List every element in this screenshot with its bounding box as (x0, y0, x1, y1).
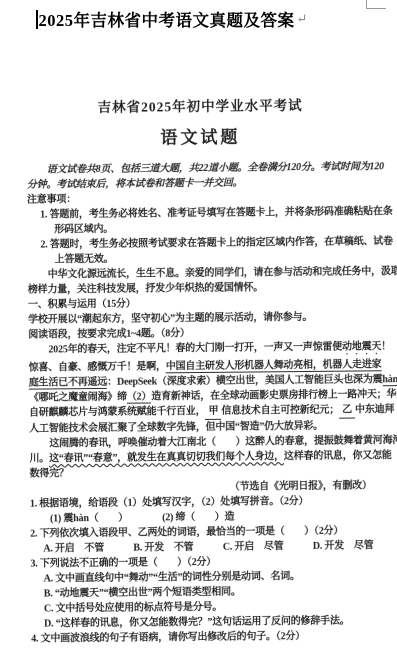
document-page[interactable]: 2025年吉林省中考语文真题及答案 ↵ 吉林省2025年初中学业水平考试 语文试… (0, 0, 397, 650)
scanned-exam-image[interactable]: 吉林省2025年初中学业水平考试 语文试题 语文试卷共8页、包括三道大题，共22… (26, 93, 379, 646)
passage-text: 川。 (29, 453, 49, 464)
passage-text: 自研麒麟芯片与鸿蒙系统赋能千行百业， (29, 406, 206, 419)
passage-text: 中东迪拜 (355, 404, 394, 415)
passage-text: 这样春的讯息，你又怎能 (284, 450, 392, 462)
passage-underlined-text: 庭生活已不再遥远 (29, 377, 108, 390)
passage-emphasized-text: 动地震天！ (342, 341, 391, 352)
paragraph-mark-icon: ↵ (297, 11, 308, 27)
passage-text: ：DeepSeek（深度求索）横空出世，美国人工智能巨头也深为震 (107, 374, 382, 388)
document-title-row[interactable]: 2025年吉林省中考语文真题及答案 ↵ (36, 7, 308, 31)
passage-text: 信息技术自主可控新纪元； (221, 405, 339, 417)
exam-heading: 吉林省2025年初中学业水平考试 (26, 93, 374, 116)
passage-blank-yi: 乙 (339, 403, 355, 419)
text-cursor-caret (36, 10, 38, 29)
question-4: 4. 文中画波浪线的句子有语病，请你写出修改后的句子。（2分） (31, 628, 379, 646)
text-boundary-corner-mark (366, 0, 386, 9)
exam-subject-title: 语文试题 (26, 121, 374, 149)
passage-blank-pinyin: hàn（1） (382, 374, 397, 386)
passage-text: 2025年的春天，注定不平凡！春的大门刚一打开，一声又一声惊雷便 (48, 342, 342, 356)
passage-line: 自研麒麟芯片与鸿蒙系统赋能千行百业，甲信息技术自主可控新纪元；乙中东迪拜 (29, 402, 377, 421)
passage-text: 《哪吒之魔童闹海》缔 (29, 392, 127, 404)
passage-text: 惊喜、自豪、感慨万千！是啊， (29, 361, 166, 373)
passage-blank-jia: 甲 (205, 404, 221, 420)
passage-wavy-underlined-text: 这“春讯”“春意”，就发生在真真切切我们每个人身边， (49, 451, 284, 464)
document-title-text[interactable]: 2025年吉林省中考语文真题及答案 (39, 7, 295, 31)
passage-underlined-text: 中国自主研发人形机器人舞动亮相，机器人走进家 (166, 359, 382, 373)
passage-text: 造育新神话，在全球动画影史票房排行榜上一路冲天；华为 (151, 389, 397, 402)
passage-blank-pinyin: （2） (127, 391, 152, 403)
